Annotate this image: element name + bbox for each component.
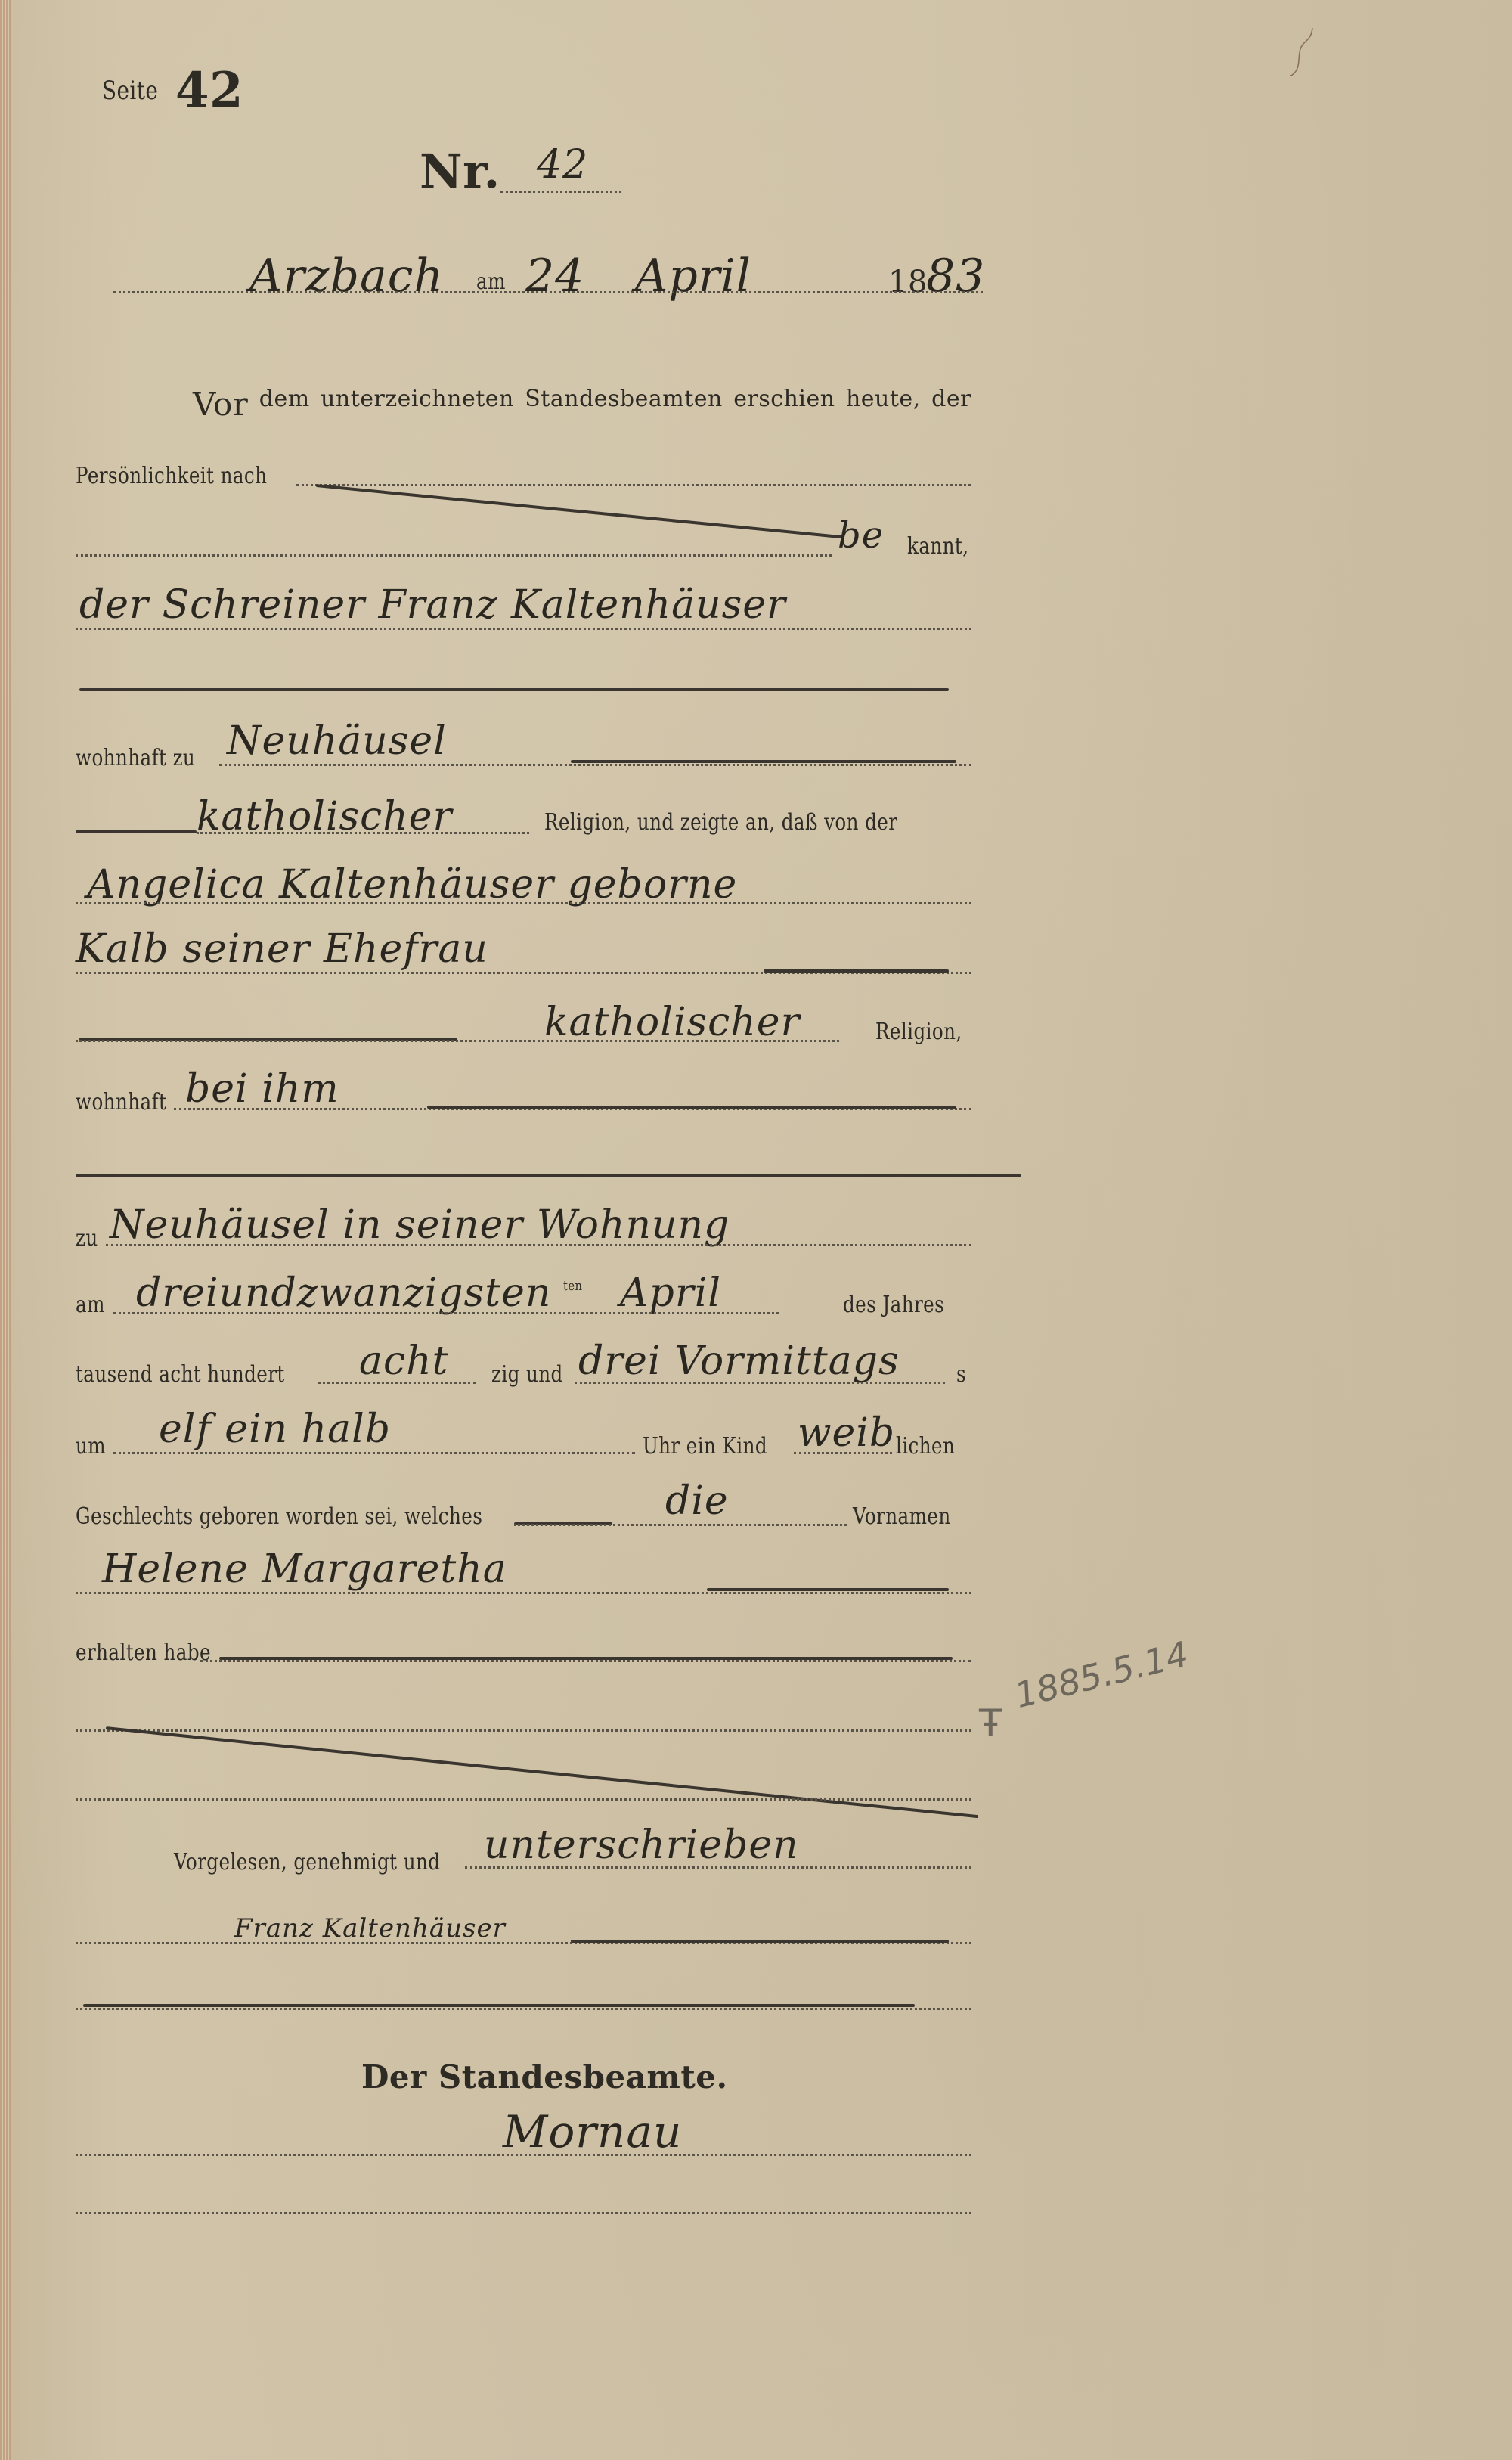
declarant-name: der Schreiner Franz Kaltenhäuser — [79, 582, 786, 628]
section-divider — [76, 1174, 1021, 1177]
record-number-value: 42 — [537, 142, 588, 188]
stray-hair — [1287, 26, 1317, 79]
official-title: Der Standesbeamte. — [361, 2058, 728, 2095]
year-decade: acht — [359, 1339, 449, 1384]
residence-label: wohnhaft zu — [76, 745, 195, 771]
intro-word: der — [931, 386, 971, 423]
declarant-signature-fill — [571, 1940, 949, 1943]
year-suffix: 83 — [926, 250, 985, 302]
residence-line — [219, 764, 971, 766]
official-signature-line — [76, 2154, 971, 2156]
place-value: Arzbach — [249, 250, 444, 302]
year-decade-line — [318, 1382, 476, 1384]
intro-word: unterzeichneten — [321, 386, 514, 423]
annotation-symbol: Ŧ — [979, 1702, 1002, 1745]
time-label: um — [76, 1433, 106, 1460]
birthdate-superscript: ten — [563, 1278, 582, 1294]
year-text-1: tausend acht hundert — [76, 1361, 285, 1388]
mother-line-1: Angelica Kaltenhäuser geborne — [87, 862, 737, 907]
declarant-signature: Franz Kaltenhäuser — [234, 1913, 506, 1943]
religion-text: Religion, und zeigte an, daß von der — [544, 809, 897, 836]
page-edge — [0, 0, 11, 2460]
child-names-line — [76, 1592, 971, 1594]
birthdate-label: am — [76, 1292, 105, 1318]
year-text-2: zig und — [491, 1361, 563, 1388]
religion-fill-line — [76, 830, 197, 833]
annotation-date: 1885.5.14 — [1011, 1633, 1192, 1716]
signature-divider — [83, 2004, 915, 2007]
blank-line-1 — [76, 1729, 971, 1732]
page-number: 42 — [175, 62, 243, 119]
record-number-label: Nr. — [420, 144, 500, 199]
birthdate-month: April — [620, 1270, 721, 1316]
received-fill-line — [219, 1657, 953, 1660]
gender-text: Geschlechts geboren worden sei, welches — [76, 1503, 482, 1530]
birthplace-line — [106, 1244, 971, 1246]
year-suffix-s: s — [956, 1361, 966, 1388]
read-value: unterschrieben — [484, 1823, 799, 1868]
year-prefix: 18 — [888, 265, 928, 299]
names-article-line — [514, 1524, 847, 1526]
year-unit-line — [575, 1382, 945, 1384]
birthdate-line — [113, 1312, 779, 1314]
identity-label: Persönlichkeit nach — [76, 463, 267, 489]
names-article: die — [665, 1478, 729, 1524]
residence-value: Neuhäusel — [227, 718, 447, 764]
signature-divider-dots — [76, 2008, 971, 2010]
read-label: Vorgelesen, genehmigt und — [174, 1849, 440, 1875]
official-signature: Mornau — [503, 2106, 682, 2158]
blank-strikethrough — [106, 1726, 978, 1818]
mother-residence-value: bei ihm — [185, 1066, 339, 1112]
mother-residence-fill-line — [427, 1106, 956, 1109]
final-line — [76, 2212, 971, 2214]
residence-fill-line — [571, 760, 956, 763]
identity-suffix: kannt, — [907, 533, 968, 560]
time-line — [113, 1452, 635, 1454]
birthdate-day: dreiundzwanzigsten — [136, 1270, 551, 1316]
intro-word: erschien — [733, 386, 835, 423]
mother-religion-label: Religion, — [875, 1019, 962, 1045]
blank-line-2 — [76, 1798, 971, 1801]
year-unit-time: drei Vormittags — [578, 1339, 900, 1384]
sex-value: weib — [798, 1410, 895, 1456]
mother-residence-label: wohnhaft — [76, 1089, 166, 1115]
birthdate-year-label: des Jahres — [843, 1292, 944, 1318]
read-line — [465, 1866, 971, 1869]
time-text: Uhr ein Kind — [643, 1433, 767, 1460]
page-label: Seite — [102, 76, 158, 106]
mother-line-1-rule — [76, 902, 971, 904]
received-label: erhalten habe — [76, 1639, 211, 1666]
intro-line: Vor dem unterzeichneten Standesbeamten e… — [193, 386, 971, 423]
identity-strikethrough — [316, 484, 843, 538]
intro-word: Vor — [193, 386, 248, 423]
date-day: 24 — [525, 250, 584, 302]
mother-line-2: Kalb seiner Ehefrau — [76, 926, 488, 972]
declarant-line — [76, 628, 971, 630]
birthplace-value: Neuhäusel in seiner Wohnung — [110, 1202, 730, 1248]
names-label: Vornamen — [853, 1503, 951, 1530]
mother-religion-value: katholischer — [544, 1000, 800, 1045]
declarant-fill-line — [79, 688, 949, 691]
intro-word: Standesbeamten — [525, 386, 723, 423]
identity-handwritten: be — [838, 514, 884, 557]
birthplace-label: zu — [76, 1225, 98, 1252]
intro-word: dem — [259, 386, 310, 423]
sex-suffix: lichen — [896, 1433, 955, 1460]
date-month: April — [635, 250, 751, 302]
sex-line — [794, 1452, 892, 1454]
received-line — [200, 1660, 971, 1662]
religion-line — [197, 832, 529, 834]
child-names: Helene Margaretha — [102, 1546, 507, 1592]
identity-line-1 — [296, 484, 971, 486]
mother-fill-line — [764, 969, 949, 973]
time-value: elf ein halb — [159, 1407, 391, 1452]
date-line — [113, 291, 983, 293]
intro-word: heute, — [846, 386, 921, 423]
child-names-fill-line — [707, 1588, 949, 1591]
record-number-line — [500, 191, 621, 193]
identity-line-2 — [76, 554, 832, 557]
